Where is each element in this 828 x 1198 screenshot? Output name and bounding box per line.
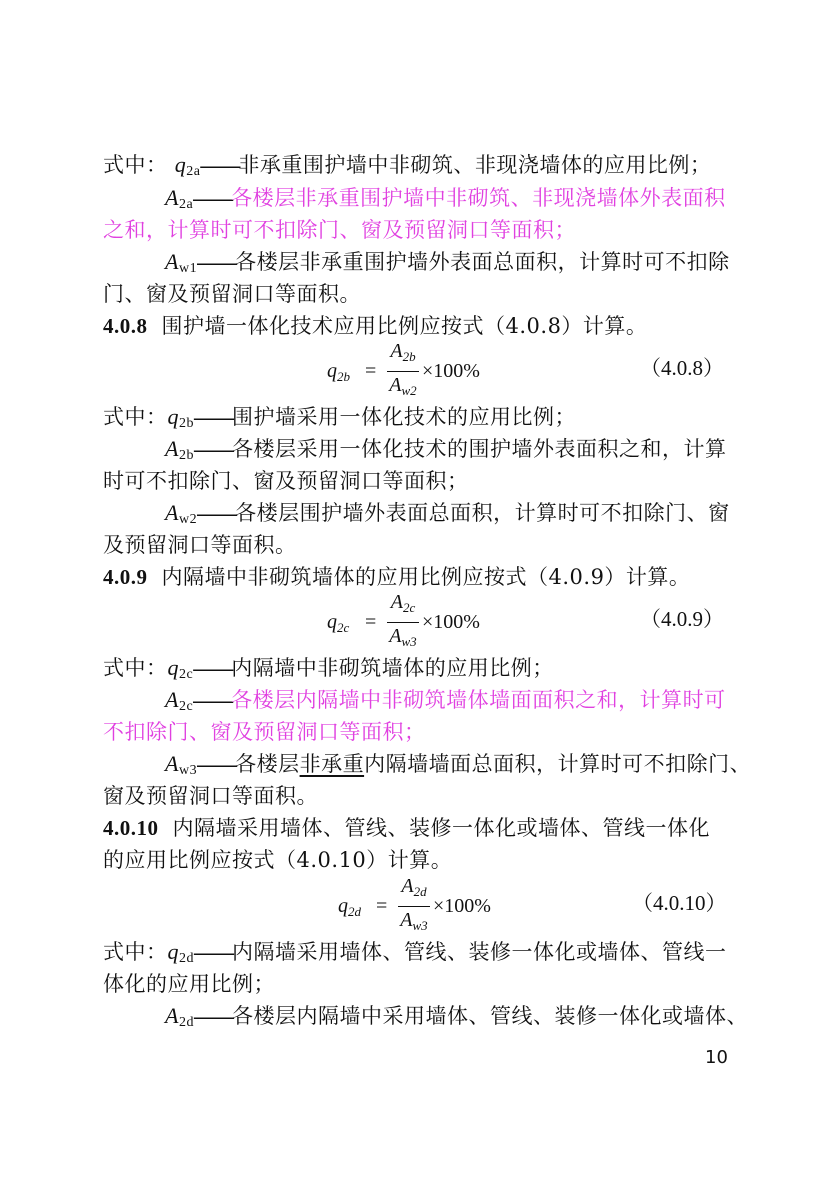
- dash: ——: [193, 186, 231, 210]
- definition-text: 各楼层内隔墙中采用墙体、管线、装修一体化或墙体、: [232, 1004, 748, 1028]
- var-subscript: 2b: [179, 416, 194, 431]
- definition-text-continuation: 及预留洞口等面积。: [103, 530, 297, 560]
- equals-sign: =: [376, 895, 387, 918]
- equals-sign: =: [365, 611, 376, 634]
- var-subscript: 2d: [179, 1015, 194, 1030]
- dash: ——: [194, 1004, 232, 1028]
- formula-lhs: q2d: [338, 895, 361, 920]
- var-q: q: [168, 939, 180, 964]
- dash: ——: [194, 437, 232, 461]
- multiplier: ×100%: [422, 360, 480, 383]
- denominator: Aw3: [385, 625, 421, 650]
- var-subscript: w3: [179, 763, 197, 778]
- dash: ——: [193, 688, 231, 712]
- definition-A2d: A2d——各楼层内隔墙中采用墙体、管线、装修一体化或墙体、: [165, 1001, 748, 1038]
- definition-text: 各楼层: [235, 752, 300, 776]
- numerator: A2c: [385, 591, 421, 616]
- var-q: q: [168, 655, 180, 680]
- dash: ——: [197, 752, 235, 776]
- definition-text: 内隔墙墙面总面积，计算时可不扣除门、: [364, 752, 751, 776]
- formula-4-0-8: q2b = A2b Aw2 ×100%: [327, 344, 487, 400]
- var-subscript: 2b: [179, 448, 194, 463]
- var-subscript: w2: [179, 512, 197, 527]
- var-A: A: [165, 436, 179, 461]
- fraction-bar: [387, 622, 419, 623]
- clause-text: 围护墙一体化技术应用比例应按式（4.0.8）计算。: [162, 314, 648, 338]
- clause-4-0-9: 4.0.9内隔墙中非砌筑墙体的应用比例应按式（4.0.9）计算。: [103, 562, 690, 592]
- highlighted-text: 各楼层非承重围护墙中非砌筑、非现浇墙体外表面积: [231, 186, 726, 210]
- dash: ——: [193, 656, 231, 680]
- page-number: 10: [705, 1047, 728, 1068]
- multiplier: ×100%: [422, 611, 480, 634]
- definition-q2a: 式中： q2a——非承重围护墙中非砌筑、非现浇墙体的应用比例；: [103, 150, 711, 187]
- var-subscript: 2a: [186, 164, 200, 179]
- numerator: A2b: [385, 340, 421, 365]
- var-subscript: 2c: [179, 699, 193, 714]
- highlighted-text-continuation: 不扣除门、窗及预留洞口等面积；: [103, 717, 426, 747]
- definition-text: 内隔墙中非砌筑墙体的应用比例；: [231, 656, 554, 680]
- clause-number: 4.0.9: [103, 565, 148, 589]
- underlined-text: 非承重: [300, 752, 365, 776]
- var-A: A: [165, 751, 179, 776]
- clause-number: 4.0.10: [103, 816, 159, 840]
- numerator: A2d: [396, 875, 432, 900]
- definition-text: 内隔墙采用墙体、管线、装修一体化或墙体、管线一: [232, 940, 727, 964]
- clause-number: 4.0.8: [103, 314, 148, 338]
- clause-text: 内隔墙采用墙体、管线、装修一体化或墙体、管线一体化: [173, 816, 711, 840]
- dash: ——: [200, 153, 238, 177]
- clause-4-0-8: 4.0.8围护墙一体化技术应用比例应按式（4.0.8）计算。: [103, 311, 647, 341]
- dash: ——: [194, 940, 232, 964]
- denominator: Aw2: [385, 374, 421, 399]
- var-subscript: 2d: [179, 951, 194, 966]
- var-q: q: [175, 152, 187, 177]
- formula-4-0-10: q2d = A2d Aw3 ×100%: [338, 879, 498, 935]
- var-subscript: 2c: [179, 667, 193, 682]
- fraction-bar: [398, 906, 430, 907]
- var-A: A: [165, 1003, 179, 1028]
- where-label: 式中：: [103, 153, 168, 177]
- definition-text-continuation: 窗及预留洞口等面积。: [103, 781, 318, 811]
- definition-text: 各楼层围护墙外表面总面积，计算时可不扣除门、窗: [235, 501, 730, 525]
- equation-number: （4.0.10）: [632, 887, 727, 917]
- denominator: Aw3: [396, 909, 432, 934]
- definition-text-continuation: 体化的应用比例；: [103, 969, 275, 999]
- clause-text: 内隔墙中非砌筑墙体的应用比例应按式（4.0.9）计算。: [162, 565, 691, 589]
- formula-lhs: q2c: [327, 611, 349, 636]
- multiplier: ×100%: [433, 895, 491, 918]
- dash: ——: [197, 501, 235, 525]
- definition-text: 各楼层采用一体化技术的围护墙外表面积之和，计算: [232, 437, 727, 461]
- definition-text-continuation: 门、窗及预留洞口等面积。: [103, 279, 361, 309]
- definition-text: 围护墙采用一体化技术的应用比例；: [232, 405, 576, 429]
- formula-4-0-9: q2c = A2c Aw3 ×100%: [327, 595, 487, 651]
- highlighted-text-continuation: 之和，计算时可不扣除门、窗及预留洞口等面积；: [103, 215, 576, 245]
- var-subscript: 2a: [179, 197, 193, 212]
- equals-sign: =: [365, 360, 376, 383]
- formula-lhs: q2b: [327, 360, 350, 385]
- clause-4-0-10: 4.0.10内隔墙采用墙体、管线、装修一体化或墙体、管线一体化: [103, 813, 710, 843]
- definition-text-continuation: 时可不扣除门、窗及预留洞口等面积；: [103, 466, 469, 496]
- var-subscript: w1: [179, 261, 197, 276]
- var-A: A: [165, 249, 179, 274]
- clause-text-continuation: 的应用比例应按式（4.0.10）计算。: [103, 845, 452, 875]
- where-label: 式中：: [103, 656, 168, 680]
- where-label: 式中：: [103, 940, 168, 964]
- var-A: A: [165, 185, 179, 210]
- where-label: 式中：: [103, 405, 168, 429]
- definition-text: 非承重围护墙中非砌筑、非现浇墙体的应用比例；: [238, 153, 711, 177]
- equation-number: （4.0.9）: [640, 603, 724, 633]
- definition-text: 各楼层非承重围护墙外表面总面积，计算时可不扣除: [235, 250, 730, 274]
- var-q: q: [168, 404, 180, 429]
- equation-number: （4.0.8）: [640, 352, 724, 382]
- var-A: A: [165, 500, 179, 525]
- dash: ——: [197, 250, 235, 274]
- fraction-bar: [387, 371, 419, 372]
- highlighted-text: 各楼层内隔墙中非砌筑墙体墙面面积之和，计算时可: [231, 688, 726, 712]
- var-A: A: [165, 687, 179, 712]
- dash: ——: [194, 405, 232, 429]
